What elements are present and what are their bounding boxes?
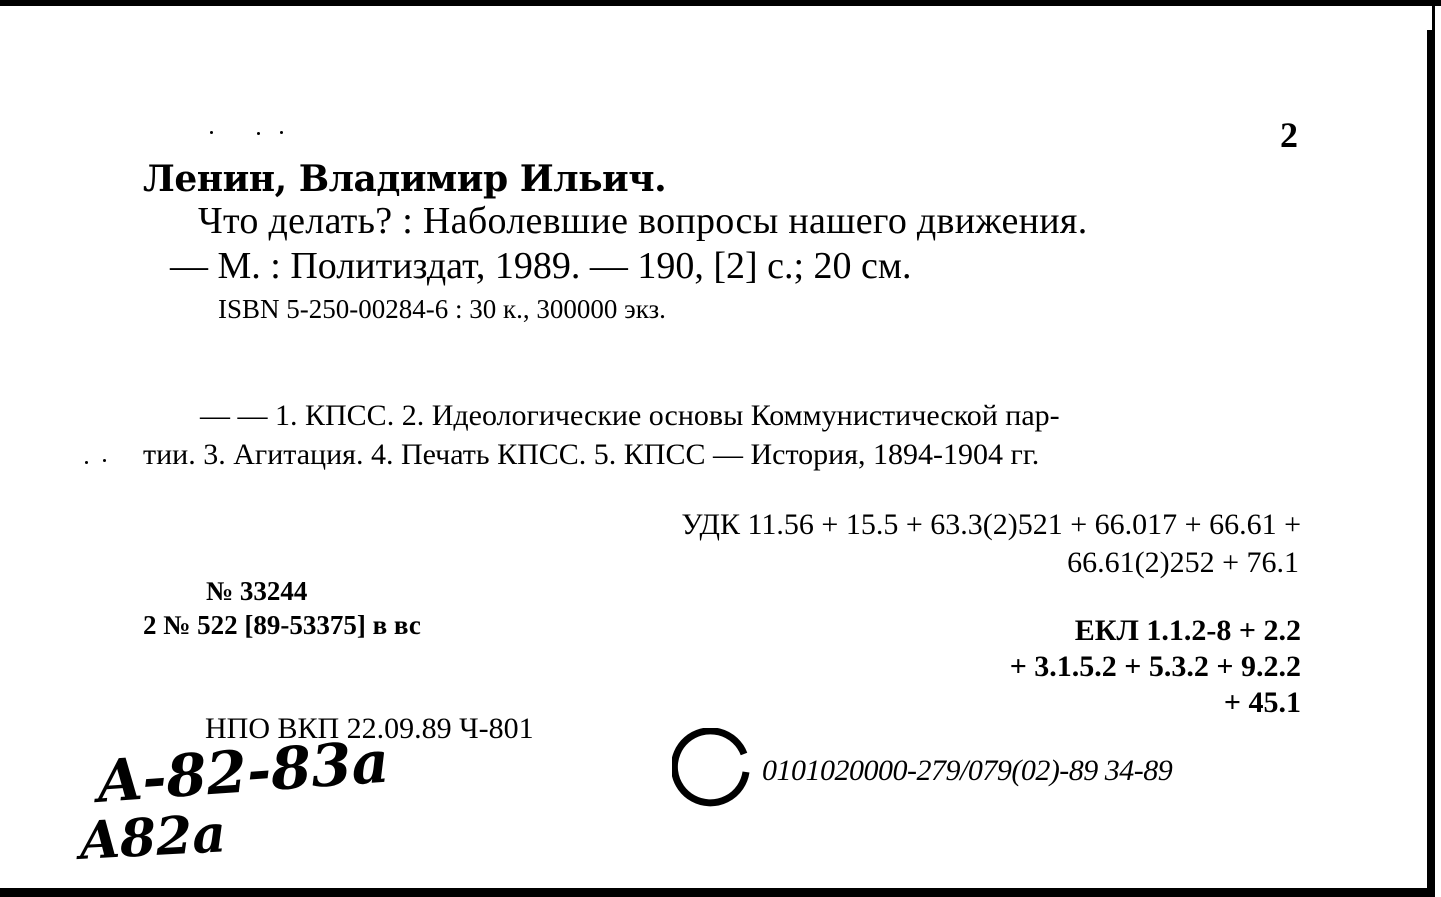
handwritten-note: A-82-83a [95, 728, 391, 816]
card-border-bottom [0, 888, 1435, 897]
speck [210, 131, 213, 134]
card-border-right-shadow [1427, 30, 1434, 897]
isbn-line: ISBN 5-250-00284-6 : 30 к., 300000 экз. [218, 294, 666, 325]
speck [85, 461, 88, 464]
record-number: № 33244 [206, 576, 307, 607]
card-number: 2 [1280, 114, 1298, 156]
catalog-card: 2 Ленин, Владимир Ильич. Что делать? : Н… [0, 0, 1441, 897]
record-details: 2 № 522 [89-53375] в вс [143, 610, 421, 641]
handwritten-note: A82a [78, 803, 227, 872]
subjects-line: — — 1. КПСС. 2. Идеологические основы Ко… [200, 399, 1060, 433]
subjects-line: тии. 3. Агитация. 4. Печать КПСС. 5. КПС… [143, 438, 1039, 472]
author-heading: Ленин, Владимир Ильич. [143, 158, 666, 200]
udk-line: 66.61(2)252 + 76.1 [1067, 546, 1299, 580]
ekl-line: + 3.1.5.2 + 5.3.2 + 9.2.2 [1010, 650, 1301, 684]
title-line: Что делать? : Наболевшие вопросы нашего … [198, 199, 1088, 243]
circle-mark-icon [672, 728, 752, 808]
ekl-line: ЕКЛ 1.1.2-8 + 2.2 [1075, 614, 1301, 648]
speck [280, 131, 283, 134]
speck [257, 132, 260, 135]
publication-line: — М. : Политиздат, 1989. — 190, [2] с.; … [170, 244, 911, 288]
catalog-code: 0101020000-279/079(02)-89 34-89 [762, 754, 1172, 788]
ekl-line: + 45.1 [1224, 686, 1301, 720]
speck [103, 459, 106, 462]
udk-line: УДК 11.56 + 15.5 + 63.3(2)521 + 66.017 +… [681, 508, 1301, 542]
